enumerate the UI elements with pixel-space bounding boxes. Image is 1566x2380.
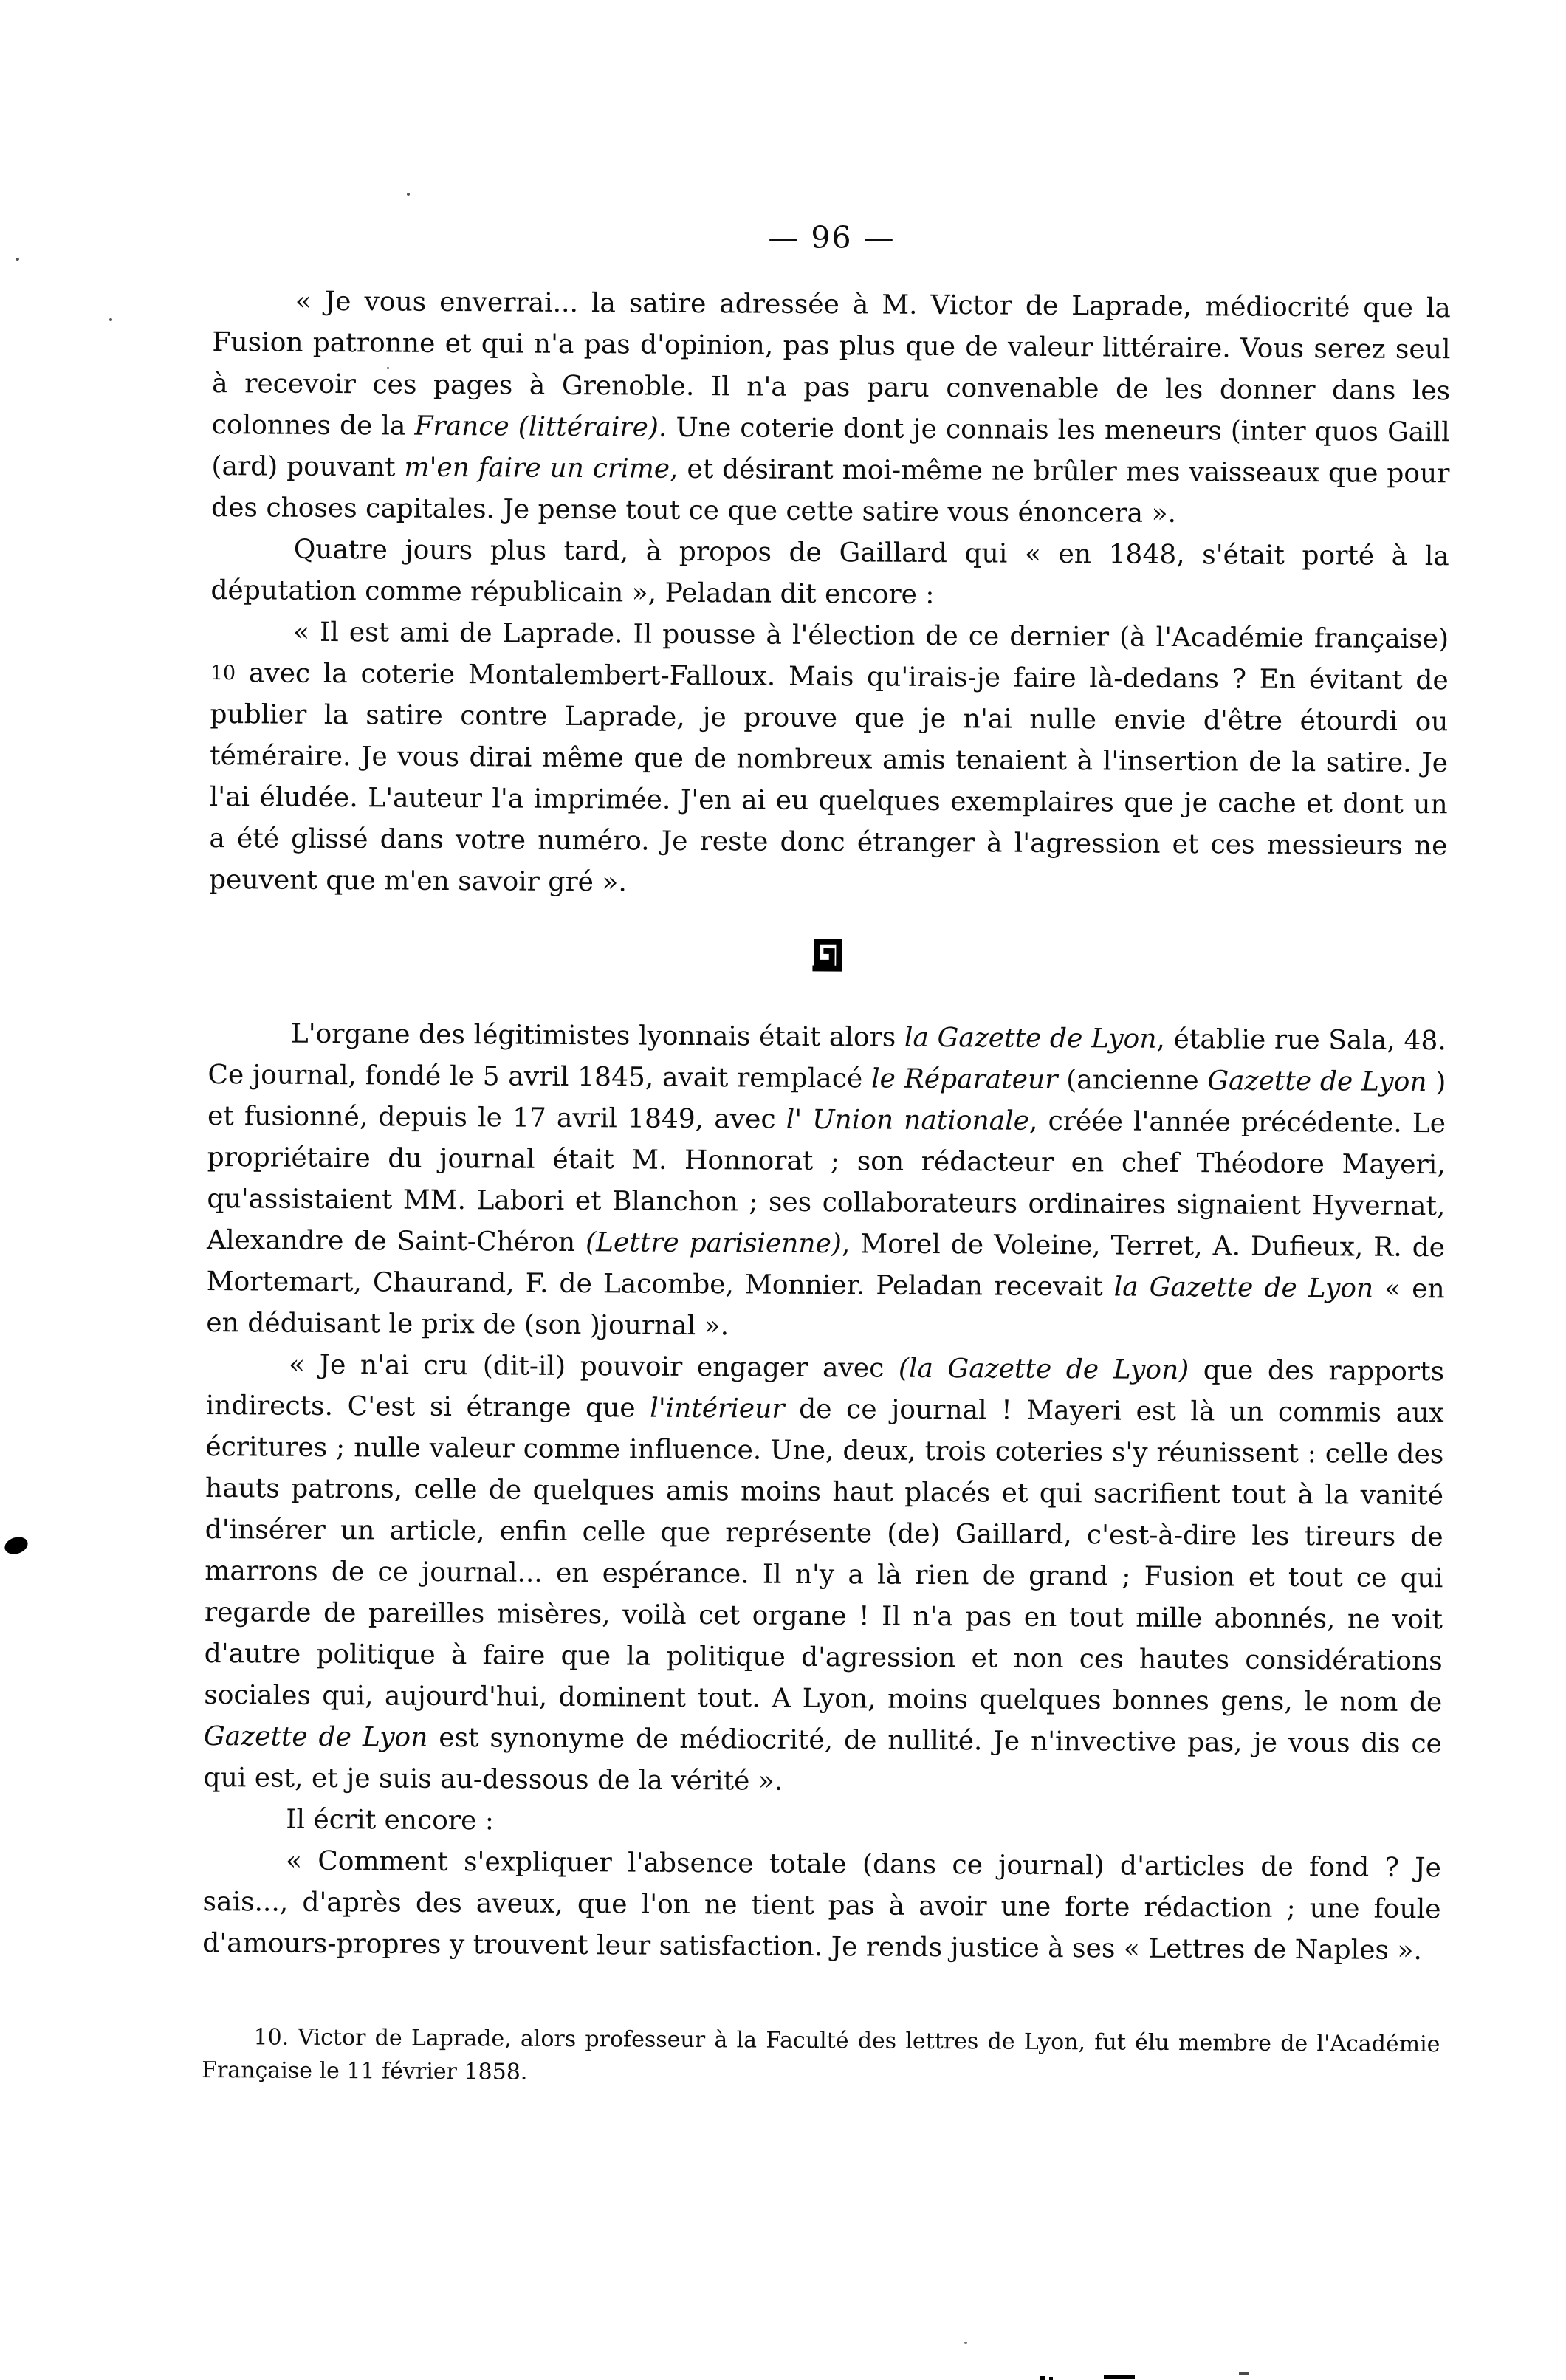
scan-speck — [109, 318, 112, 321]
ink-blot-mark — [2, 1534, 30, 1557]
footnote-reference: 10 — [210, 662, 236, 685]
paragraph: « Comment s'expliquer l'absence totale (… — [202, 1840, 1441, 1972]
italic-text: m'en faire un crime — [404, 453, 670, 484]
page-edge-mark — [1104, 2375, 1135, 2379]
scan-speck — [407, 193, 410, 196]
body-text: « Il est ami de Laprade. Il pousse à l'é… — [293, 617, 1449, 655]
square-spiral-ornament — [812, 939, 843, 973]
italic-text: France (littéraire) — [414, 411, 659, 443]
body-text: Il écrit encore : — [286, 1805, 494, 1837]
italic-text: l' Union nationale — [786, 1105, 1030, 1136]
italic-text: (Lettre parisienne) — [585, 1227, 842, 1259]
paragraph: « Je vous enverrai... la satire adressée… — [211, 281, 1451, 536]
body-text: avec la coterie Montalembert-Falloux. Ma… — [209, 658, 1449, 897]
paragraph: « Il est ami de Laprade. Il pousse à l'é… — [209, 611, 1449, 908]
body-text: « Je n'ai cru (dit-il) pouvoir engager a… — [289, 1350, 899, 1384]
scan-speck — [964, 2342, 967, 2344]
body-section-2: L'organe des légitimistes lyonnais était… — [202, 1013, 1446, 1972]
paragraph: L'organe des légitimistes lyonnais était… — [206, 1013, 1446, 1351]
page-number: — 96 — — [213, 220, 1451, 256]
section-divider — [208, 935, 1446, 976]
page-edge-mark — [1040, 2376, 1045, 2380]
paragraph: « Je n'ai cru (dit-il) pouvoir engager a… — [203, 1344, 1444, 1806]
paragraph: Il écrit encore : — [203, 1799, 1441, 1848]
scan-speck — [16, 258, 19, 261]
italic-text: la Gazette de Lyon — [904, 1023, 1157, 1054]
italic-text: la Gazette de Lyon — [1114, 1272, 1374, 1303]
body-text: « Comment s'expliquer l'absence totale (… — [202, 1846, 1441, 1966]
page-edge-mark — [1049, 2377, 1053, 2380]
body-section-1: « Je vous enverrai... la satire adressée… — [209, 281, 1451, 908]
italic-text: Gazette de Lyon — [204, 1721, 428, 1753]
footnote: 10. Victor de Laprade, alors professeur … — [202, 2020, 1440, 2094]
body-text: Quatre jours plus tard, à propos de Gail… — [210, 535, 1449, 610]
page: — 96 — « Je vous enverrai... la satire a… — [0, 0, 1566, 2380]
italic-text: l'intérieur — [650, 1393, 785, 1424]
body-text: (ancienne — [1057, 1065, 1207, 1096]
body-text: de ce journal ! Mayeri est là un commis … — [204, 1394, 1444, 1718]
body-text: L'organe des légitimistes lyonnais était… — [291, 1019, 904, 1053]
paragraph: Quatre jours plus tard, à propos de Gail… — [210, 529, 1449, 619]
italic-text: Gazette de Lyon — [1207, 1066, 1426, 1097]
scan-speck — [387, 367, 389, 369]
italic-text: le Réparateur — [871, 1063, 1058, 1095]
page-edge-mark — [1239, 2372, 1249, 2375]
text-body: « Je vous enverrai... la satire adressée… — [202, 281, 1451, 2094]
italic-text: (la Gazette de Lyon) — [899, 1354, 1189, 1385]
